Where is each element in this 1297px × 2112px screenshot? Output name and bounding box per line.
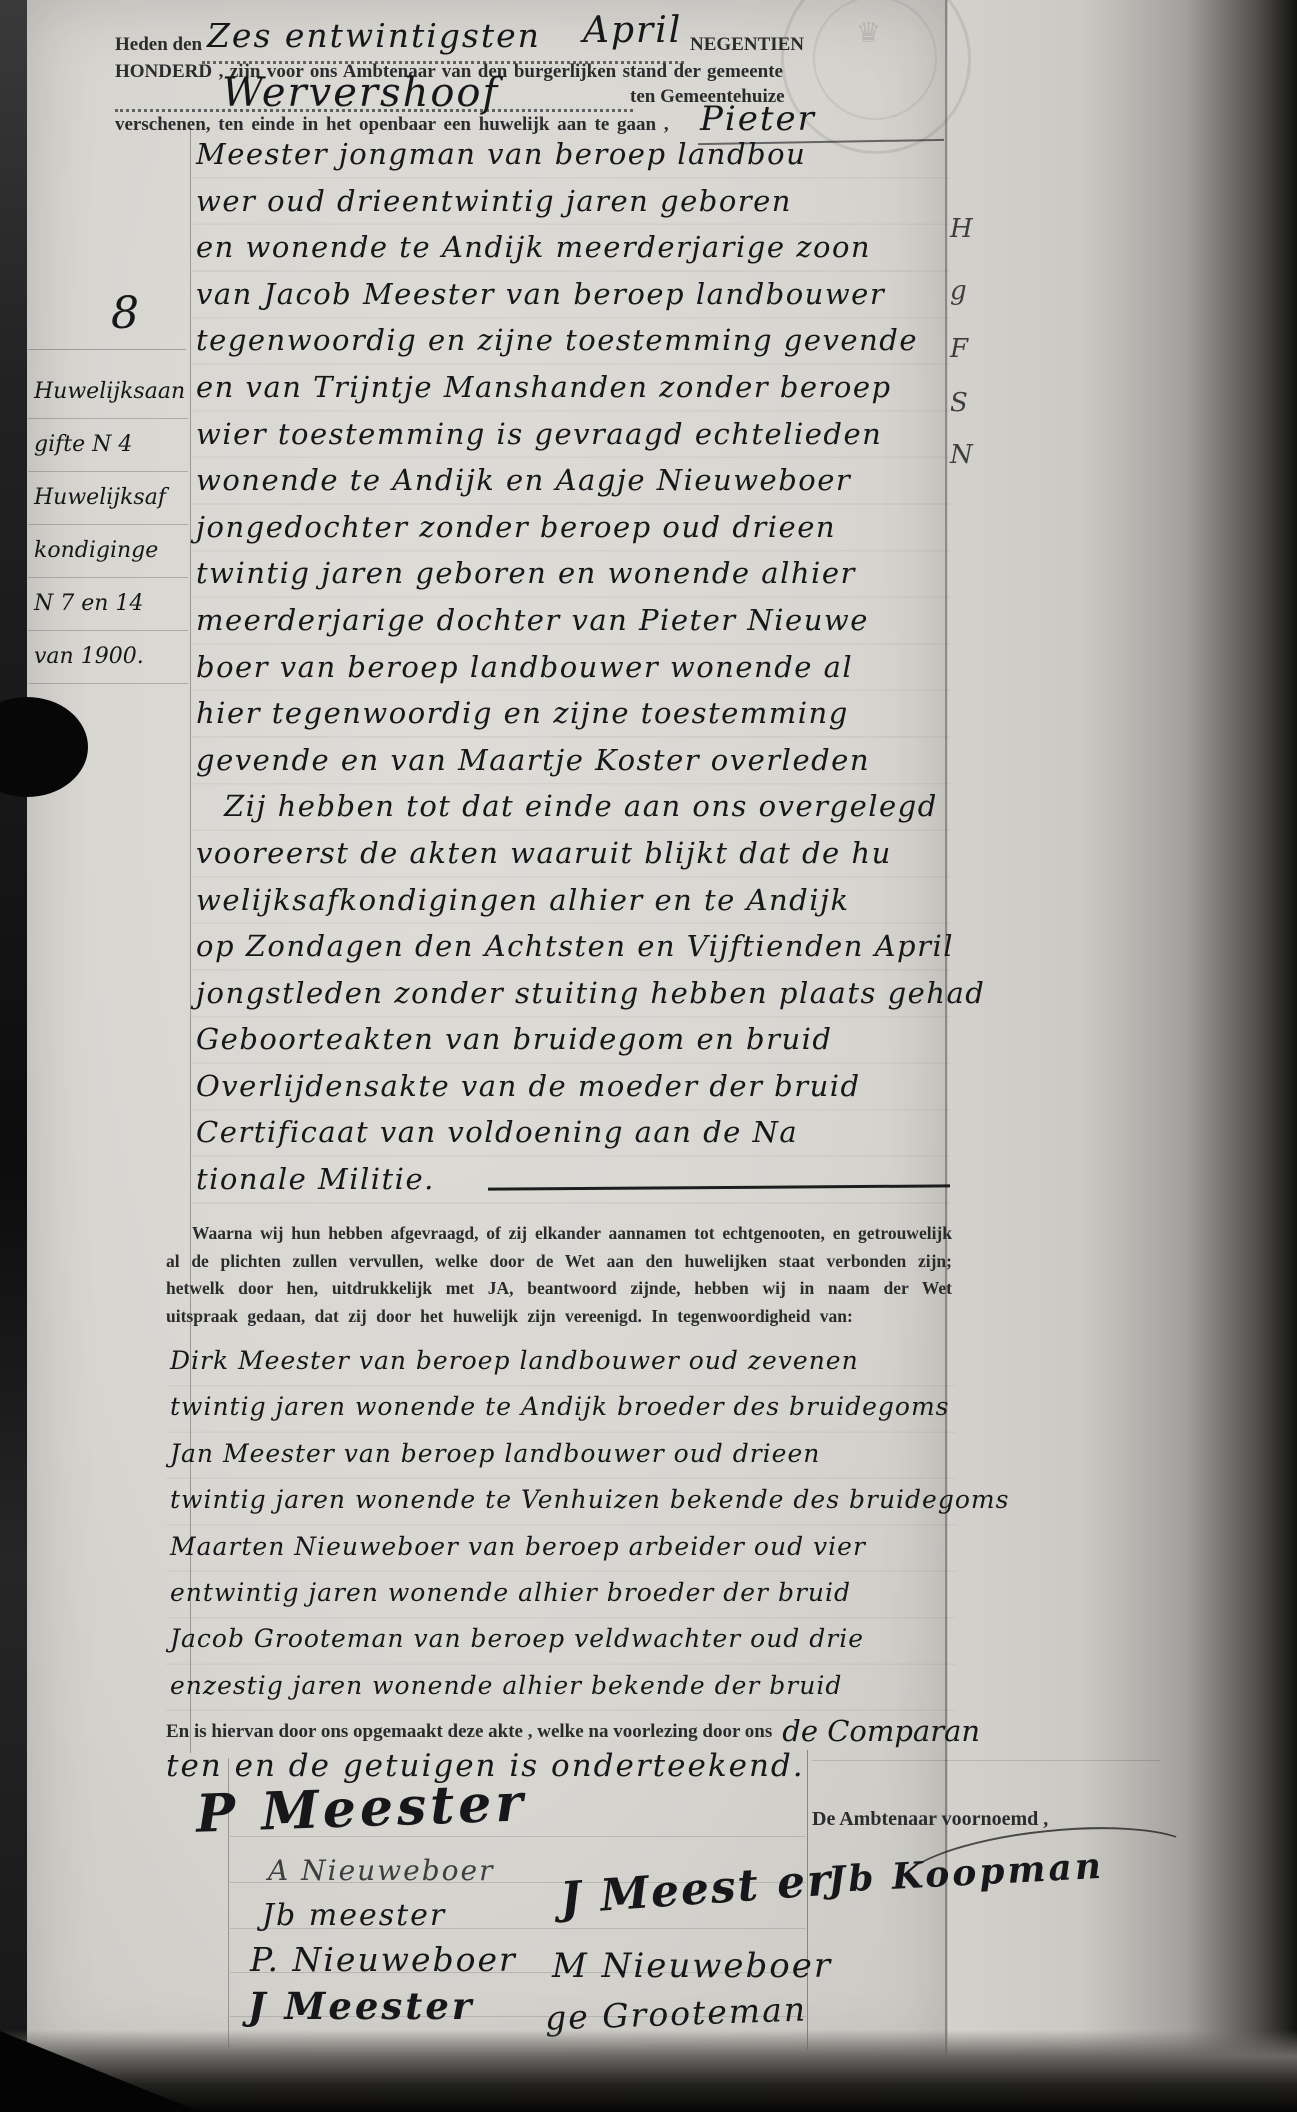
body-line: meerderjarige dochter van Pieter Nieuwe [196,597,956,644]
vow-line: Waarna wij hun hebben afgevraagd, of zij… [166,1220,952,1248]
handwritten-gemeente: Wervershoof [222,70,499,116]
adjacent-page-text-fragments: H g F S N [948,0,974,620]
handwritten-month: April [583,10,682,51]
witness-line: Jan Meester van beroep landbouwer oud dr… [170,1431,970,1477]
edge-fragment: g [950,276,967,306]
closing-printed: En is hiervan door ons opgemaakt deze ak… [166,1721,772,1742]
edge-fragment: N [950,440,973,470]
body-line: Meester jongman van beroep landbou [196,131,956,178]
witness-line: enzestig jaren wonende alhier bekende de… [170,1663,970,1709]
ledger-line [812,1760,1160,1761]
body-line: Certificaat van voldoening aan de Na [196,1109,956,1156]
signature: M Nieuweboer [552,1946,832,1986]
edge-fragment: H [950,214,973,244]
printed-vow-paragraph: Waarna wij hun hebben afgevraagd, of zij… [166,1220,952,1330]
body-line: Zij hebben tot dat einde aan ons overgel… [196,783,956,830]
vow-line: uitspraak gedaan, dat zij door het huwel… [166,1303,952,1331]
book-spine [0,0,27,2112]
body-line: hier tegenwoordig en zijne toestemming [196,690,956,737]
vow-line: al de plichten zullen vervullen, welke d… [166,1248,952,1276]
book-bottom-shadow [0,2030,1297,2112]
header-printed-prefix: Heden den [115,34,202,56]
witness-line: twintig jaren wonende te Venhuizen beken… [170,1477,970,1523]
crown-icon: ♛ [856,16,881,49]
witness-line: Jacob Grooteman van beroep veldwachter o… [170,1616,970,1662]
edge-fragment: F [950,334,968,364]
adjacent-page-edge [948,0,1297,2062]
margin-note: gifte N 4 [28,419,188,472]
closing-line: En is hiervan door ons opgemaakt deze ak… [166,1714,980,1748]
body-line: boer van beroep landbouwer wonende al [196,644,956,691]
body-line: en van Trijntje Manshanden zonder beroep [196,364,956,411]
body-line: welijksafkondigingen alhier en te Andijk [196,877,956,924]
body-line: wer oud drieentwintig jaren geboren [196,178,956,225]
edge-fragment: S [950,388,968,418]
body-line: op Zondagen den Achtsten en Vijftienden … [196,923,956,970]
body-line: van Jacob Meester van beroep landbouwer [196,271,956,318]
margin-note: kondiginge [28,525,188,578]
scanned-marriage-record: ♛ Heden den Zes entwintigsten April NEGE… [0,0,1297,2112]
body-line: Geboorteakten van bruidegom en bruid [196,1016,956,1063]
vow-line: hetwelk door hen, uitdrukkelijk met JA, … [166,1275,952,1303]
margin-note: Huwelijksaan [28,366,188,419]
margin-notes: Huwelijksaan gifte N 4 Huwelijksaf kondi… [28,366,188,684]
body-line: Overlijdensakte van de moeder der bruid [196,1063,956,1110]
margin-note: van 1900. [28,631,188,684]
body-line: en wonende te Andijk meerderjarige zoon [196,224,956,271]
body-line: tegenwoordig en zijne toestemming gevend… [196,317,956,364]
vow-line3-post: , beantwoord zijnde, hebben wij in naam … [509,1278,952,1298]
signature: P. Nieuweboer [250,1940,517,1979]
body-line: tionale Militie. [196,1156,956,1203]
witness-line: entwintig jaren wonende alhier broeder d… [170,1570,970,1616]
handwritten-day: Zes entwintigsten [207,16,541,55]
handwritten-witnesses: Dirk Meester van beroep landbouwer oud z… [170,1338,970,1709]
body-line: jongedochter zonder beroep oud drieen [196,504,956,551]
witness-line: Maarten Nieuweboer van beroep arbeider o… [170,1524,970,1570]
body-line: gevende en van Maartje Koster overleden [196,737,956,784]
margin-note: N 7 en 14 [28,578,188,631]
closing-handwritten-inline: de Comparan [772,1714,980,1748]
signature-bride: A Nieuweboer [268,1854,494,1887]
body-line: vooreerst de akten waaruit blijkt dat de… [196,830,956,877]
header-printed-year-word: NEGENTIEN [690,34,780,56]
body-line: wonende te Andijk en Aagje Nieuweboer [196,457,956,504]
handwritten-body: Meester jongman van beroep landbou wer o… [196,131,956,1203]
margin-note: Huwelijksaf [28,472,188,525]
body-line: twintig jaren geboren en wonende alhier [196,550,956,597]
margin-rule [28,349,186,350]
signature: J Meester [248,1984,474,2028]
official-label: De Ambtenaar voornoemd , [812,1808,1048,1831]
witness-line: twintig jaren wonende te Andijk broeder … [170,1384,970,1430]
act-number: 8 [50,288,200,339]
signature: Jb meester [262,1898,446,1933]
body-line: wier toestemming is gevraagd echtelieden [196,411,956,458]
vow-ja-word: JA [488,1278,509,1298]
body-line: jongstleden zonder stuiting hebben plaat… [196,970,956,1017]
signature-groom: P Meester [195,1772,528,1845]
witness-line: Dirk Meester van beroep landbouwer oud z… [170,1338,970,1384]
vow-line3-pre: hetwelk door hen, uitdrukkelijk met [166,1278,474,1298]
